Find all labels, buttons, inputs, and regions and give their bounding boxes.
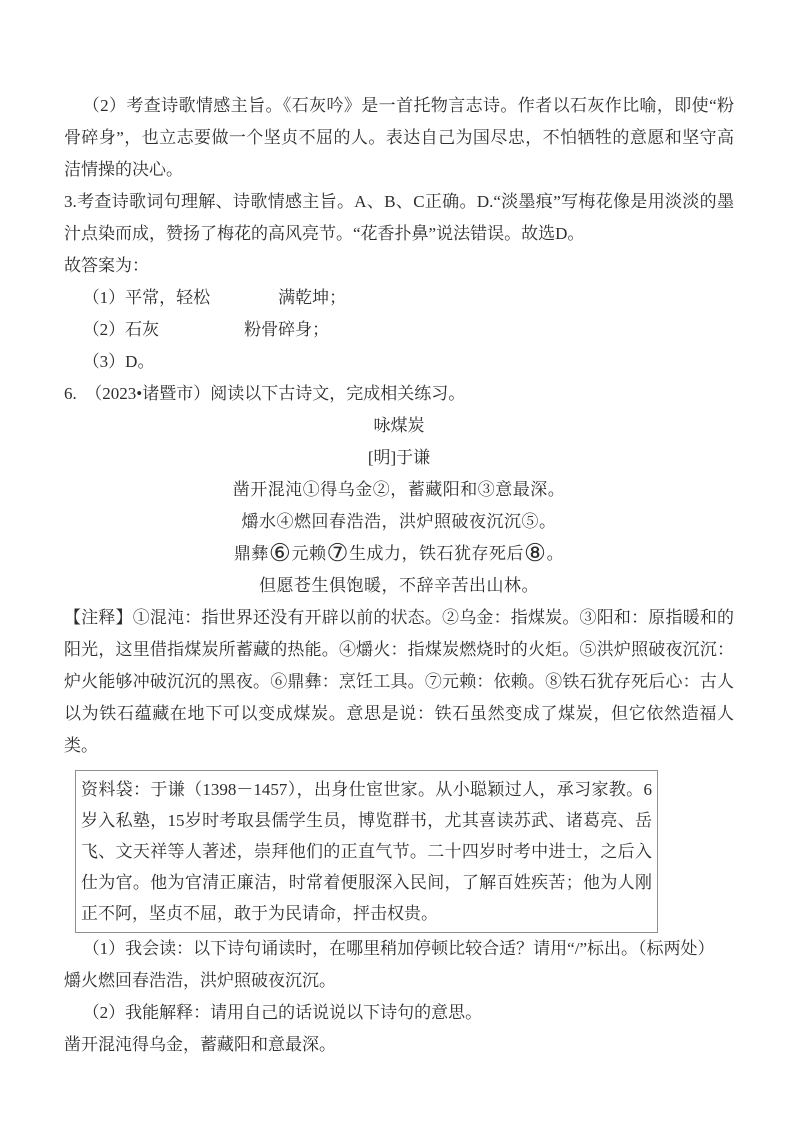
poem-author: [明]于谦: [64, 442, 734, 474]
analysis-paragraph-2: （2）考查诗歌情感主旨。《石灰吟》是一首托物言志诗。作者以石灰作比喻，即使“粉骨…: [64, 90, 734, 186]
question-6-intro: 6. （2023•诸暨市）阅读以下古诗文，完成相关练习。: [64, 378, 734, 410]
answers-label: 故答案为：: [64, 250, 734, 282]
sub-question-1-verse: 爝火燃回春浩浩，洪炉照破夜沉沉。: [64, 965, 734, 997]
answer-line-2: （2）石灰 粉骨碎身；: [64, 314, 734, 346]
poem-title: 咏煤炭: [64, 410, 734, 442]
poem-line-4: 但愿苍生俱饱暖，不辞辛苦出山林。: [64, 570, 734, 602]
sub-question-1-prompt: （1）我会读：以下诗句诵读时，在哪里稍加停顿比较合适？请用“/”标出。（标两处）: [64, 933, 734, 965]
answer-line-3: （3）D。: [64, 346, 734, 378]
info-box: 资料袋：于谦（1398－1457），出身仕宦世家。从小聪颖过人，承习家教。6岁入…: [75, 770, 658, 933]
document-page: （2）考查诗歌情感主旨。《石灰吟》是一首托物言志诗。作者以石灰作比喻，即使“粉骨…: [0, 0, 794, 1123]
info-box-text: 资料袋：于谦（1398－1457），出身仕宦世家。从小聪颖过人，承习家教。6岁入…: [81, 774, 652, 929]
poem-line-1: 凿开混沌①得乌金②，蓄藏阳和③意最深。: [64, 474, 734, 506]
answer-line-1: （1）平常，轻松 满乾坤；: [64, 282, 734, 314]
poem-line-2: 爝水④燃回春浩浩，洪炉照破夜沉沉⑤。: [64, 506, 734, 538]
analysis-paragraph-3: 3.考查诗歌词句理解、诗歌情感主旨。A、B、C正确。D.“淡墨痕”写梅花像是用淡…: [64, 186, 734, 250]
sub-question-2-verse: 凿开混沌得乌金，蓄藏阳和意最深。: [64, 1029, 734, 1061]
poem-notes: 【注释】①混沌：指世界还没有开辟以前的状态。②乌金：指煤炭。③阳和：原指暖和的阳…: [64, 602, 734, 762]
poem-line-3: 鼎彝⑥元赖⑦生成力，铁石犹存死后⑧。: [64, 538, 734, 570]
sub-question-2-prompt: （2）我能解释：请用自己的话说说以下诗句的意思。: [64, 997, 734, 1029]
